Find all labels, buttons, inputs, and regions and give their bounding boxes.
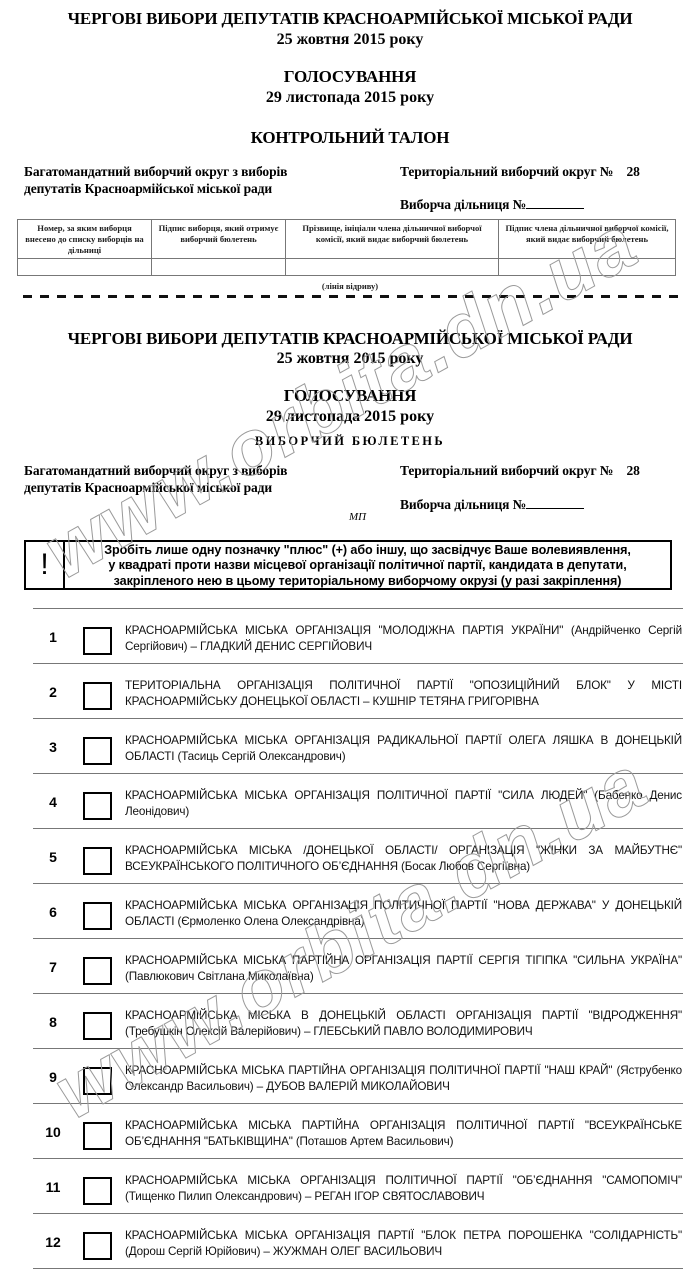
- candidate-number: 1: [33, 629, 73, 645]
- stub-precinct-number-field[interactable]: [526, 195, 584, 209]
- stub-col-voter-signature: Підпис виборця, який отримує виборчий бю…: [152, 220, 286, 259]
- instruction-line-1: Зробіть лише одну позначку "плюс" (+) аб…: [65, 543, 670, 558]
- candidate-number: 9: [33, 1069, 73, 1085]
- stub-district-left: Багатомандатний виборчий округ з виборів…: [24, 163, 287, 197]
- ballot-election-title: ЧЕРГОВІ ВИБОРИ ДЕПУТАТІВ КРАСНОАРМІЙСЬКО…: [0, 329, 700, 349]
- stub-signature-table: Номер, за яким виборця внесено до списку…: [17, 219, 676, 276]
- candidate-row: 1КРАСНОАРМІЙСЬКА МІСЬКА ОРГАНІЗАЦІЯ "МОЛ…: [33, 608, 683, 663]
- candidate-row: 9КРАСНОАРМІЙСЬКА МІСЬКА ПАРТІЙНА ОРГАНІЗ…: [33, 1048, 683, 1103]
- vote-checkbox[interactable]: [83, 847, 112, 875]
- ballot-heading: ВИБОРЧИЙ БЮЛЕТЕНЬ: [0, 434, 700, 449]
- ballot-district-left: Багатомандатний виборчий округ з виборів…: [24, 462, 287, 496]
- candidate-row: 4КРАСНОАРМІЙСЬКА МІСЬКА ОРГАНІЗАЦІЯ ПОЛІ…: [33, 773, 683, 828]
- instruction-line-2: у квадраті проти назви місцевої організа…: [65, 558, 670, 573]
- candidate-number: 6: [33, 904, 73, 920]
- ballot-precinct: Виборча дільниця №: [400, 495, 584, 513]
- candidate-party-text: КРАСНОАРМІЙСЬКА МІСЬКА ОРГАНІЗАЦІЯ РАДИК…: [125, 733, 682, 765]
- ballot-precinct-label: Виборча дільниця №: [400, 497, 526, 512]
- candidate-row: 3КРАСНОАРМІЙСЬКА МІСЬКА ОРГАНІЗАЦІЯ РАДИ…: [33, 718, 683, 773]
- voting-instructions-box: ! Зробіть лише одну позначку "плюс" (+) …: [24, 540, 672, 590]
- ballot-territorial-district: Територіальний виборчий округ № 28: [400, 462, 640, 479]
- ballot-voting-label: ГОЛОСУВАННЯ: [0, 386, 700, 406]
- candidate-number: 12: [33, 1234, 73, 1250]
- candidate-number: 8: [33, 1014, 73, 1030]
- stub-col-member-signature: Підпис члена дільничної виборчої комісії…: [499, 220, 676, 259]
- vote-checkbox[interactable]: [83, 1232, 112, 1260]
- vote-checkbox[interactable]: [83, 737, 112, 765]
- candidate-row: 6КРАСНОАРМІЙСЬКА МІСЬКА ОРГАНІЗАЦІЯ ПОЛІ…: [33, 883, 683, 938]
- ballot-election-date: 25 жовтня 2015 року: [0, 349, 700, 369]
- candidate-party-text: КРАСНОАРМІЙСЬКА МІСЬКА ОРГАНІЗАЦІЯ ПОЛІТ…: [125, 1173, 682, 1205]
- candidate-party-text: КРАСНОАРМІЙСЬКА МІСЬКА ОРГАНІЗАЦІЯ ПОЛІТ…: [125, 788, 682, 820]
- candidate-number: 4: [33, 794, 73, 810]
- candidate-row: 12КРАСНОАРМІЙСЬКА МІСЬКА ОРГАНІЗАЦІЯ ПАР…: [33, 1213, 683, 1269]
- stub-election-date: 25 жовтня 2015 року: [0, 30, 700, 50]
- stub-voting-label: ГОЛОСУВАННЯ: [0, 67, 700, 87]
- stub-territorial-number: 28: [627, 164, 640, 179]
- stub-district-left-line2: депутатів Красноармійської міської ради: [24, 180, 287, 197]
- stub-cell-voter-number[interactable]: [18, 259, 152, 276]
- candidate-number: 10: [33, 1124, 73, 1140]
- vote-checkbox[interactable]: [83, 1122, 112, 1150]
- candidate-party-text: КРАСНОАРМІЙСЬКА МІСЬКА В ДОНЕЦЬКІЙ ОБЛАС…: [125, 1008, 682, 1040]
- stub-precinct: Виборча дільниця №: [400, 195, 584, 213]
- ballot-territorial-label: Територіальний виборчий округ №: [400, 463, 613, 478]
- vote-checkbox[interactable]: [83, 1067, 112, 1095]
- candidate-row: 5КРАСНОАРМІЙСЬКА МІСЬКА /ДОНЕЦЬКОЇ ОБЛАС…: [33, 828, 683, 883]
- stub-cell-member-name[interactable]: [286, 259, 499, 276]
- candidate-party-text: КРАСНОАРМІЙСЬКА МІСЬКА ПАРТІЙНА ОРГАНІЗА…: [125, 1063, 682, 1095]
- ballot-territorial-number: 28: [627, 463, 640, 478]
- vote-checkbox[interactable]: [83, 902, 112, 930]
- candidate-row: 10КРАСНОАРМІЙСЬКА МІСЬКА ПАРТІЙНА ОРГАНІ…: [33, 1103, 683, 1158]
- vote-checkbox[interactable]: [83, 1177, 112, 1205]
- candidate-party-text: ТЕРИТОРІАЛЬНА ОРГАНІЗАЦІЯ ПОЛІТИЧНОЇ ПАР…: [125, 678, 682, 710]
- candidate-party-text: КРАСНОАРМІЙСЬКА МІСЬКА ПАРТІЙНА ОРГАНІЗА…: [125, 953, 682, 985]
- ballot-precinct-number-field[interactable]: [526, 495, 584, 509]
- tear-line-label: (лінія відриву): [0, 281, 700, 291]
- vote-checkbox[interactable]: [83, 792, 112, 820]
- stub-territorial-district: Територіальний виборчий округ № 28: [400, 163, 640, 180]
- stub-cell-voter-signature[interactable]: [152, 259, 286, 276]
- candidate-party-text: КРАСНОАРМІЙСЬКА МІСЬКА ОРГАНІЗАЦІЯ ПОЛІТ…: [125, 898, 682, 930]
- candidate-row: 2ТЕРИТОРІАЛЬНА ОРГАНІЗАЦІЯ ПОЛІТИЧНОЇ ПА…: [33, 663, 683, 718]
- stub-precinct-label: Виборча дільниця №: [400, 197, 526, 212]
- candidate-party-text: КРАСНОАРМІЙСЬКА МІСЬКА ОРГАНІЗАЦІЯ "МОЛО…: [125, 623, 682, 655]
- vote-checkbox[interactable]: [83, 957, 112, 985]
- stub-heading: КОНТРОЛЬНИЙ ТАЛОН: [0, 128, 700, 148]
- candidate-number: 7: [33, 959, 73, 975]
- candidate-number: 11: [33, 1179, 73, 1195]
- stub-col-member-name: Прізвище, ініціали члена дільничної вибо…: [286, 220, 499, 259]
- candidate-number: 5: [33, 849, 73, 865]
- stub-territorial-label: Територіальний виборчий округ №: [400, 164, 613, 179]
- candidate-party-text: КРАСНОАРМІЙСЬКА МІСЬКА /ДОНЕЦЬКОЇ ОБЛАСТ…: [125, 843, 682, 875]
- vote-checkbox[interactable]: [83, 682, 112, 710]
- candidate-number: 3: [33, 739, 73, 755]
- stub-col-voter-number: Номер, за яким виборця внесено до списку…: [18, 220, 152, 259]
- stub-voting-date: 29 листопада 2015 року: [0, 88, 700, 108]
- stamp-place-label: МП: [349, 511, 366, 523]
- ballot-district-left-line2: депутатів Красноармійської міської ради: [24, 479, 287, 496]
- instruction-line-3: закріпленого нею в цьому територіальному…: [65, 574, 670, 589]
- candidate-number: 2: [33, 684, 73, 700]
- stub-election-title: ЧЕРГОВІ ВИБОРИ ДЕПУТАТІВ КРАСНОАРМІЙСЬКО…: [0, 9, 700, 29]
- tear-line[interactable]: [23, 295, 683, 298]
- ballot-voting-date: 29 листопада 2015 року: [0, 407, 700, 427]
- ballot-district-left-line1: Багатомандатний виборчий округ з виборів: [24, 462, 287, 479]
- candidate-row: 8КРАСНОАРМІЙСЬКА МІСЬКА В ДОНЕЦЬКІЙ ОБЛА…: [33, 993, 683, 1048]
- voting-instructions-text: Зробіть лише одну позначку "плюс" (+) аб…: [65, 542, 670, 588]
- stub-district-left-line1: Багатомандатний виборчий округ з виборів: [24, 163, 287, 180]
- candidate-list: 1КРАСНОАРМІЙСЬКА МІСЬКА ОРГАНІЗАЦІЯ "МОЛ…: [33, 608, 683, 1269]
- candidate-row: 11КРАСНОАРМІЙСЬКА МІСЬКА ОРГАНІЗАЦІЯ ПОЛ…: [33, 1158, 683, 1213]
- vote-checkbox[interactable]: [83, 627, 112, 655]
- stub-cell-member-signature[interactable]: [499, 259, 676, 276]
- candidate-party-text: КРАСНОАРМІЙСЬКА МІСЬКА ПАРТІЙНА ОРГАНІЗА…: [125, 1118, 682, 1150]
- exclamation-icon: !: [26, 542, 65, 588]
- vote-checkbox[interactable]: [83, 1012, 112, 1040]
- candidate-row: 7КРАСНОАРМІЙСЬКА МІСЬКА ПАРТІЙНА ОРГАНІЗ…: [33, 938, 683, 993]
- candidate-party-text: КРАСНОАРМІЙСЬКА МІСЬКА ОРГАНІЗАЦІЯ ПАРТІ…: [125, 1228, 682, 1260]
